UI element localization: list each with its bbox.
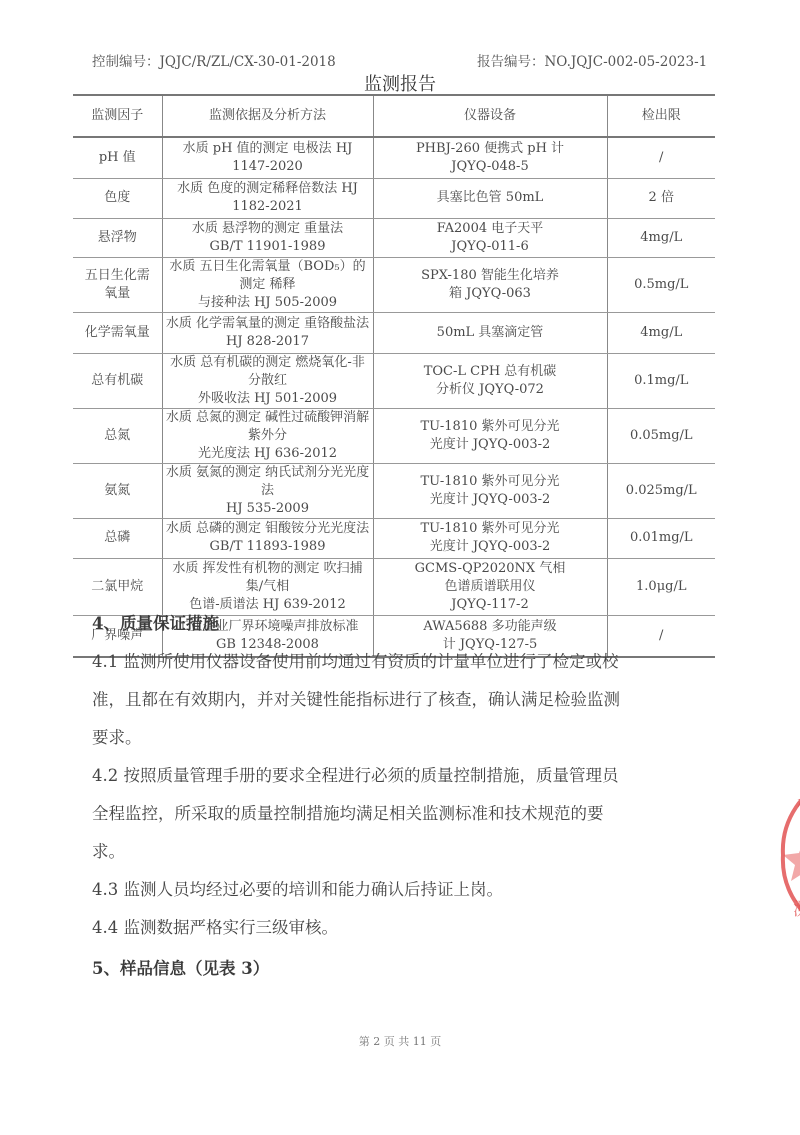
limit-cell: / <box>607 137 715 178</box>
para-line: 全程监控，所采取的质量控制措施均满足相关监测标准和技术规范的要 <box>92 795 712 833</box>
cell-text: 光度计 JQYQ-003-2 <box>377 436 604 454</box>
limit-cell: 4mg/L <box>607 218 715 257</box>
cell-text: 水质 pH 值的测定 电极法 HJ 1147-2020 <box>166 140 370 176</box>
cell-text: 二氯甲烷 <box>76 578 159 596</box>
cell-text: 4mg/L <box>611 324 713 342</box>
table-row: 色度水质 色度的测定稀释倍数法 HJ 1182-2021具塞比色管 50mL2 … <box>73 178 715 218</box>
factor-cell: 五日生化需氧量 <box>73 257 162 312</box>
report-number: 报告编号：NO.JQJC-002-05-2023-1 <box>477 50 707 70</box>
control-number: 控制编号：JQJC/R/ZL/CX-30-01-2018 <box>92 50 336 70</box>
limit-cell: 2 倍 <box>607 178 715 218</box>
method-cell: 水质 五日生化需氧量（BOD₅）的测定 稀释与接种法 HJ 505-2009 <box>162 257 373 312</box>
cell-text: GB/T 11893-1989 <box>166 538 370 556</box>
cell-text: TU-1810 紫外可见分光 <box>377 520 604 538</box>
cell-text: 氨氮 <box>76 482 159 500</box>
cell-text: TU-1810 紫外可见分光 <box>377 473 604 491</box>
factor-cell: 总氮 <box>73 408 162 463</box>
instrument-cell: TU-1810 紫外可见分光光度计 JQYQ-003-2 <box>373 408 607 463</box>
method-cell: 水质 色度的测定稀释倍数法 HJ 1182-2021 <box>162 178 373 218</box>
limit-cell: 0.5mg/L <box>607 257 715 312</box>
table-row: 总磷水质 总磷的测定 钼酸铵分光光度法GB/T 11893-1989TU-181… <box>73 518 715 558</box>
cell-text: 水质 氨氮的测定 纳氏试剂分光光度法 <box>166 464 370 500</box>
para-line: 4.2 按照质量管理手册的要求全程进行必须的质量控制措施，质量管理员 <box>92 757 712 795</box>
method-cell: 水质 挥发性有机物的测定 吹扫捕集/气相色谱-质谱法 HJ 639-2012 <box>162 558 373 615</box>
cell-text: 0.5mg/L <box>611 276 713 294</box>
cell-text: 化学需氧量 <box>76 324 159 342</box>
cell-text: 具塞比色管 50mL <box>377 189 604 207</box>
cell-text: 分析仪 JQYQ-072 <box>377 381 604 399</box>
cell-text: 0.025mg/L <box>611 482 713 500</box>
limit-cell: 1.0μg/L <box>607 558 715 615</box>
cell-text: SPX-180 智能生化培养 <box>377 267 604 285</box>
table-row: 总有机碳水质 总有机碳的测定 燃烧氧化-非分散红外吸收法 HJ 501-2009… <box>73 353 715 408</box>
cell-text: JQYQ-011-6 <box>377 238 604 256</box>
table-row: 五日生化需氧量水质 五日生化需氧量（BOD₅）的测定 稀释与接种法 HJ 505… <box>73 257 715 312</box>
column-header: 监测依据及分析方法 <box>162 95 373 137</box>
method-cell: 水质 总氮的测定 碱性过硫酸钾消解紫外分光光度法 HJ 636-2012 <box>162 408 373 463</box>
section-4-1: 4.1 监测所使用仪器设备使用前均通过有资质的计量单位进行了检定或校 准，且都在… <box>92 643 712 757</box>
cell-text: HJ 828-2017 <box>166 333 370 351</box>
cell-text: JQYQ-048-5 <box>377 158 604 176</box>
section-4-3: 4.3 监测人员均经过必要的培训和能力确认后持证上岗。 <box>92 871 712 909</box>
cell-text: GB/T 11901-1989 <box>166 238 370 256</box>
cell-text: 五日生化需 <box>76 267 159 285</box>
column-header: 监测因子 <box>73 95 162 137</box>
factor-cell: 总有机碳 <box>73 353 162 408</box>
cell-text: 光光度法 HJ 636-2012 <box>166 445 370 463</box>
cell-text: 总有机碳 <box>76 372 159 390</box>
factor-cell: pH 值 <box>73 137 162 178</box>
para-line: 4.3 监测人员均经过必要的培训和能力确认后持证上岗。 <box>92 871 712 909</box>
cell-text: 总氮 <box>76 427 159 445</box>
cell-text: 色谱质谱联用仪 <box>377 578 604 596</box>
table-row: 氨氮水质 氨氮的测定 纳氏试剂分光光度法HJ 535-2009TU-1810 紫… <box>73 463 715 518</box>
section-4-4: 4.4 监测数据严格实行三级审核。 <box>92 909 712 947</box>
instrument-cell: SPX-180 智能生化培养箱 JQYQ-063 <box>373 257 607 312</box>
factor-cell: 二氯甲烷 <box>73 558 162 615</box>
limit-cell: 4mg/L <box>607 312 715 353</box>
cell-text: TOC-L CPH 总有机碳 <box>377 363 604 381</box>
instrument-cell: GCMS-QP2020NX 气相色谱质谱联用仪JQYQ-117-2 <box>373 558 607 615</box>
table-row: 总氮水质 总氮的测定 碱性过硫酸钾消解紫外分光光度法 HJ 636-2012TU… <box>73 408 715 463</box>
para-line: 求。 <box>92 833 712 871</box>
cell-text: 水质 总有机碳的测定 燃烧氧化-非分散红 <box>166 354 370 390</box>
cell-text: AWA5688 多功能声级 <box>377 618 604 636</box>
cell-text: 水质 色度的测定稀释倍数法 HJ 1182-2021 <box>166 180 370 216</box>
instrument-cell: TU-1810 紫外可见分光光度计 JQYQ-003-2 <box>373 518 607 558</box>
cell-text: GCMS-QP2020NX 气相 <box>377 560 604 578</box>
instrument-cell: TOC-L CPH 总有机碳分析仪 JQYQ-072 <box>373 353 607 408</box>
instrument-cell: FA2004 电子天平JQYQ-011-6 <box>373 218 607 257</box>
cell-text: 4mg/L <box>611 229 713 247</box>
para-line: 4.1 监测所使用仪器设备使用前均通过有资质的计量单位进行了检定或校 <box>92 643 712 681</box>
page-title: 监测报告 <box>0 70 800 96</box>
limit-cell: 0.05mg/L <box>607 408 715 463</box>
cell-text: 氧量 <box>76 285 159 303</box>
cell-text: 水质 挥发性有机物的测定 吹扫捕集/气相 <box>166 560 370 596</box>
limit-cell: 0.01mg/L <box>607 518 715 558</box>
cell-text: / <box>611 149 713 167</box>
official-seal-icon: 检 测 <box>775 775 800 935</box>
cell-text: FA2004 电子天平 <box>377 220 604 238</box>
para-line: 4.4 监测数据严格实行三级审核。 <box>92 909 712 947</box>
cell-text: 水质 悬浮物的测定 重量法 <box>166 220 370 238</box>
cell-text: 50mL 具塞滴定管 <box>377 324 604 342</box>
section-4-heading: 4、质量保证措施 <box>92 610 219 634</box>
cell-text: 水质 化学需氧量的测定 重铬酸盐法 <box>166 315 370 333</box>
cell-text: 0.1mg/L <box>611 372 713 390</box>
instrument-cell: 具塞比色管 50mL <box>373 178 607 218</box>
para-line: 准，且都在有效期内，并对关键性能指标进行了核查，确认满足检验监测 <box>92 681 712 719</box>
cell-text: 外吸收法 HJ 501-2009 <box>166 390 370 408</box>
factor-cell: 悬浮物 <box>73 218 162 257</box>
page-number: 第 2 页 共 11 页 <box>0 1033 800 1049</box>
cell-text: 光度计 JQYQ-003-2 <box>377 538 604 556</box>
method-cell: 水质 氨氮的测定 纳氏试剂分光光度法HJ 535-2009 <box>162 463 373 518</box>
cell-text: TU-1810 紫外可见分光 <box>377 418 604 436</box>
factor-cell: 化学需氧量 <box>73 312 162 353</box>
factor-cell: 色度 <box>73 178 162 218</box>
limit-cell: 0.025mg/L <box>607 463 715 518</box>
cell-text: PHBJ-260 便携式 pH 计 <box>377 140 604 158</box>
instrument-cell: TU-1810 紫外可见分光光度计 JQYQ-003-2 <box>373 463 607 518</box>
cell-text: HJ 535-2009 <box>166 500 370 518</box>
svg-text:测: 测 <box>793 899 800 920</box>
method-cell: 水质 pH 值的测定 电极法 HJ 1147-2020 <box>162 137 373 178</box>
cell-text: 色度 <box>76 189 159 207</box>
table-row: 化学需氧量水质 化学需氧量的测定 重铬酸盐法HJ 828-201750mL 具塞… <box>73 312 715 353</box>
column-header: 检出限 <box>607 95 715 137</box>
table-row: pH 值水质 pH 值的测定 电极法 HJ 1147-2020PHBJ-260 … <box>73 137 715 178</box>
factor-cell: 总磷 <box>73 518 162 558</box>
cell-text: 0.01mg/L <box>611 529 713 547</box>
section-5-heading: 5、样品信息（见表 3） <box>92 955 269 979</box>
column-header: 仪器设备 <box>373 95 607 137</box>
cell-text: 1.0μg/L <box>611 578 713 596</box>
table-row: 悬浮物水质 悬浮物的测定 重量法GB/T 11901-1989FA2004 电子… <box>73 218 715 257</box>
cell-text: 2 倍 <box>611 189 713 207</box>
monitoring-methods-table: 监测因子 监测依据及分析方法 仪器设备 检出限 pH 值水质 pH 值的测定 电… <box>73 94 715 658</box>
cell-text: 0.05mg/L <box>611 427 713 445</box>
para-line: 要求。 <box>92 719 712 757</box>
cell-text: 与接种法 HJ 505-2009 <box>166 294 370 312</box>
table-header-row: 监测因子 监测依据及分析方法 仪器设备 检出限 <box>73 95 715 137</box>
cell-text: 箱 JQYQ-063 <box>377 285 604 303</box>
cell-text: pH 值 <box>76 149 159 167</box>
factor-cell: 氨氮 <box>73 463 162 518</box>
cell-text: 水质 总氮的测定 碱性过硫酸钾消解紫外分 <box>166 409 370 445</box>
section-4-2: 4.2 按照质量管理手册的要求全程进行必须的质量控制措施，质量管理员 全程监控，… <box>92 757 712 871</box>
method-cell: 水质 总有机碳的测定 燃烧氧化-非分散红外吸收法 HJ 501-2009 <box>162 353 373 408</box>
instrument-cell: 50mL 具塞滴定管 <box>373 312 607 353</box>
cell-text: 悬浮物 <box>76 229 159 247</box>
limit-cell: 0.1mg/L <box>607 353 715 408</box>
cell-text: JQYQ-117-2 <box>377 596 604 614</box>
cell-text: 总磷 <box>76 529 159 547</box>
cell-text: 光度计 JQYQ-003-2 <box>377 491 604 509</box>
cell-text: 水质 总磷的测定 钼酸铵分光光度法 <box>166 520 370 538</box>
method-cell: 水质 化学需氧量的测定 重铬酸盐法HJ 828-2017 <box>162 312 373 353</box>
table-row: 二氯甲烷水质 挥发性有机物的测定 吹扫捕集/气相色谱-质谱法 HJ 639-20… <box>73 558 715 615</box>
method-cell: 水质 总磷的测定 钼酸铵分光光度法GB/T 11893-1989 <box>162 518 373 558</box>
method-cell: 水质 悬浮物的测定 重量法GB/T 11901-1989 <box>162 218 373 257</box>
instrument-cell: PHBJ-260 便携式 pH 计JQYQ-048-5 <box>373 137 607 178</box>
cell-text: 水质 五日生化需氧量（BOD₅）的测定 稀释 <box>166 258 370 294</box>
